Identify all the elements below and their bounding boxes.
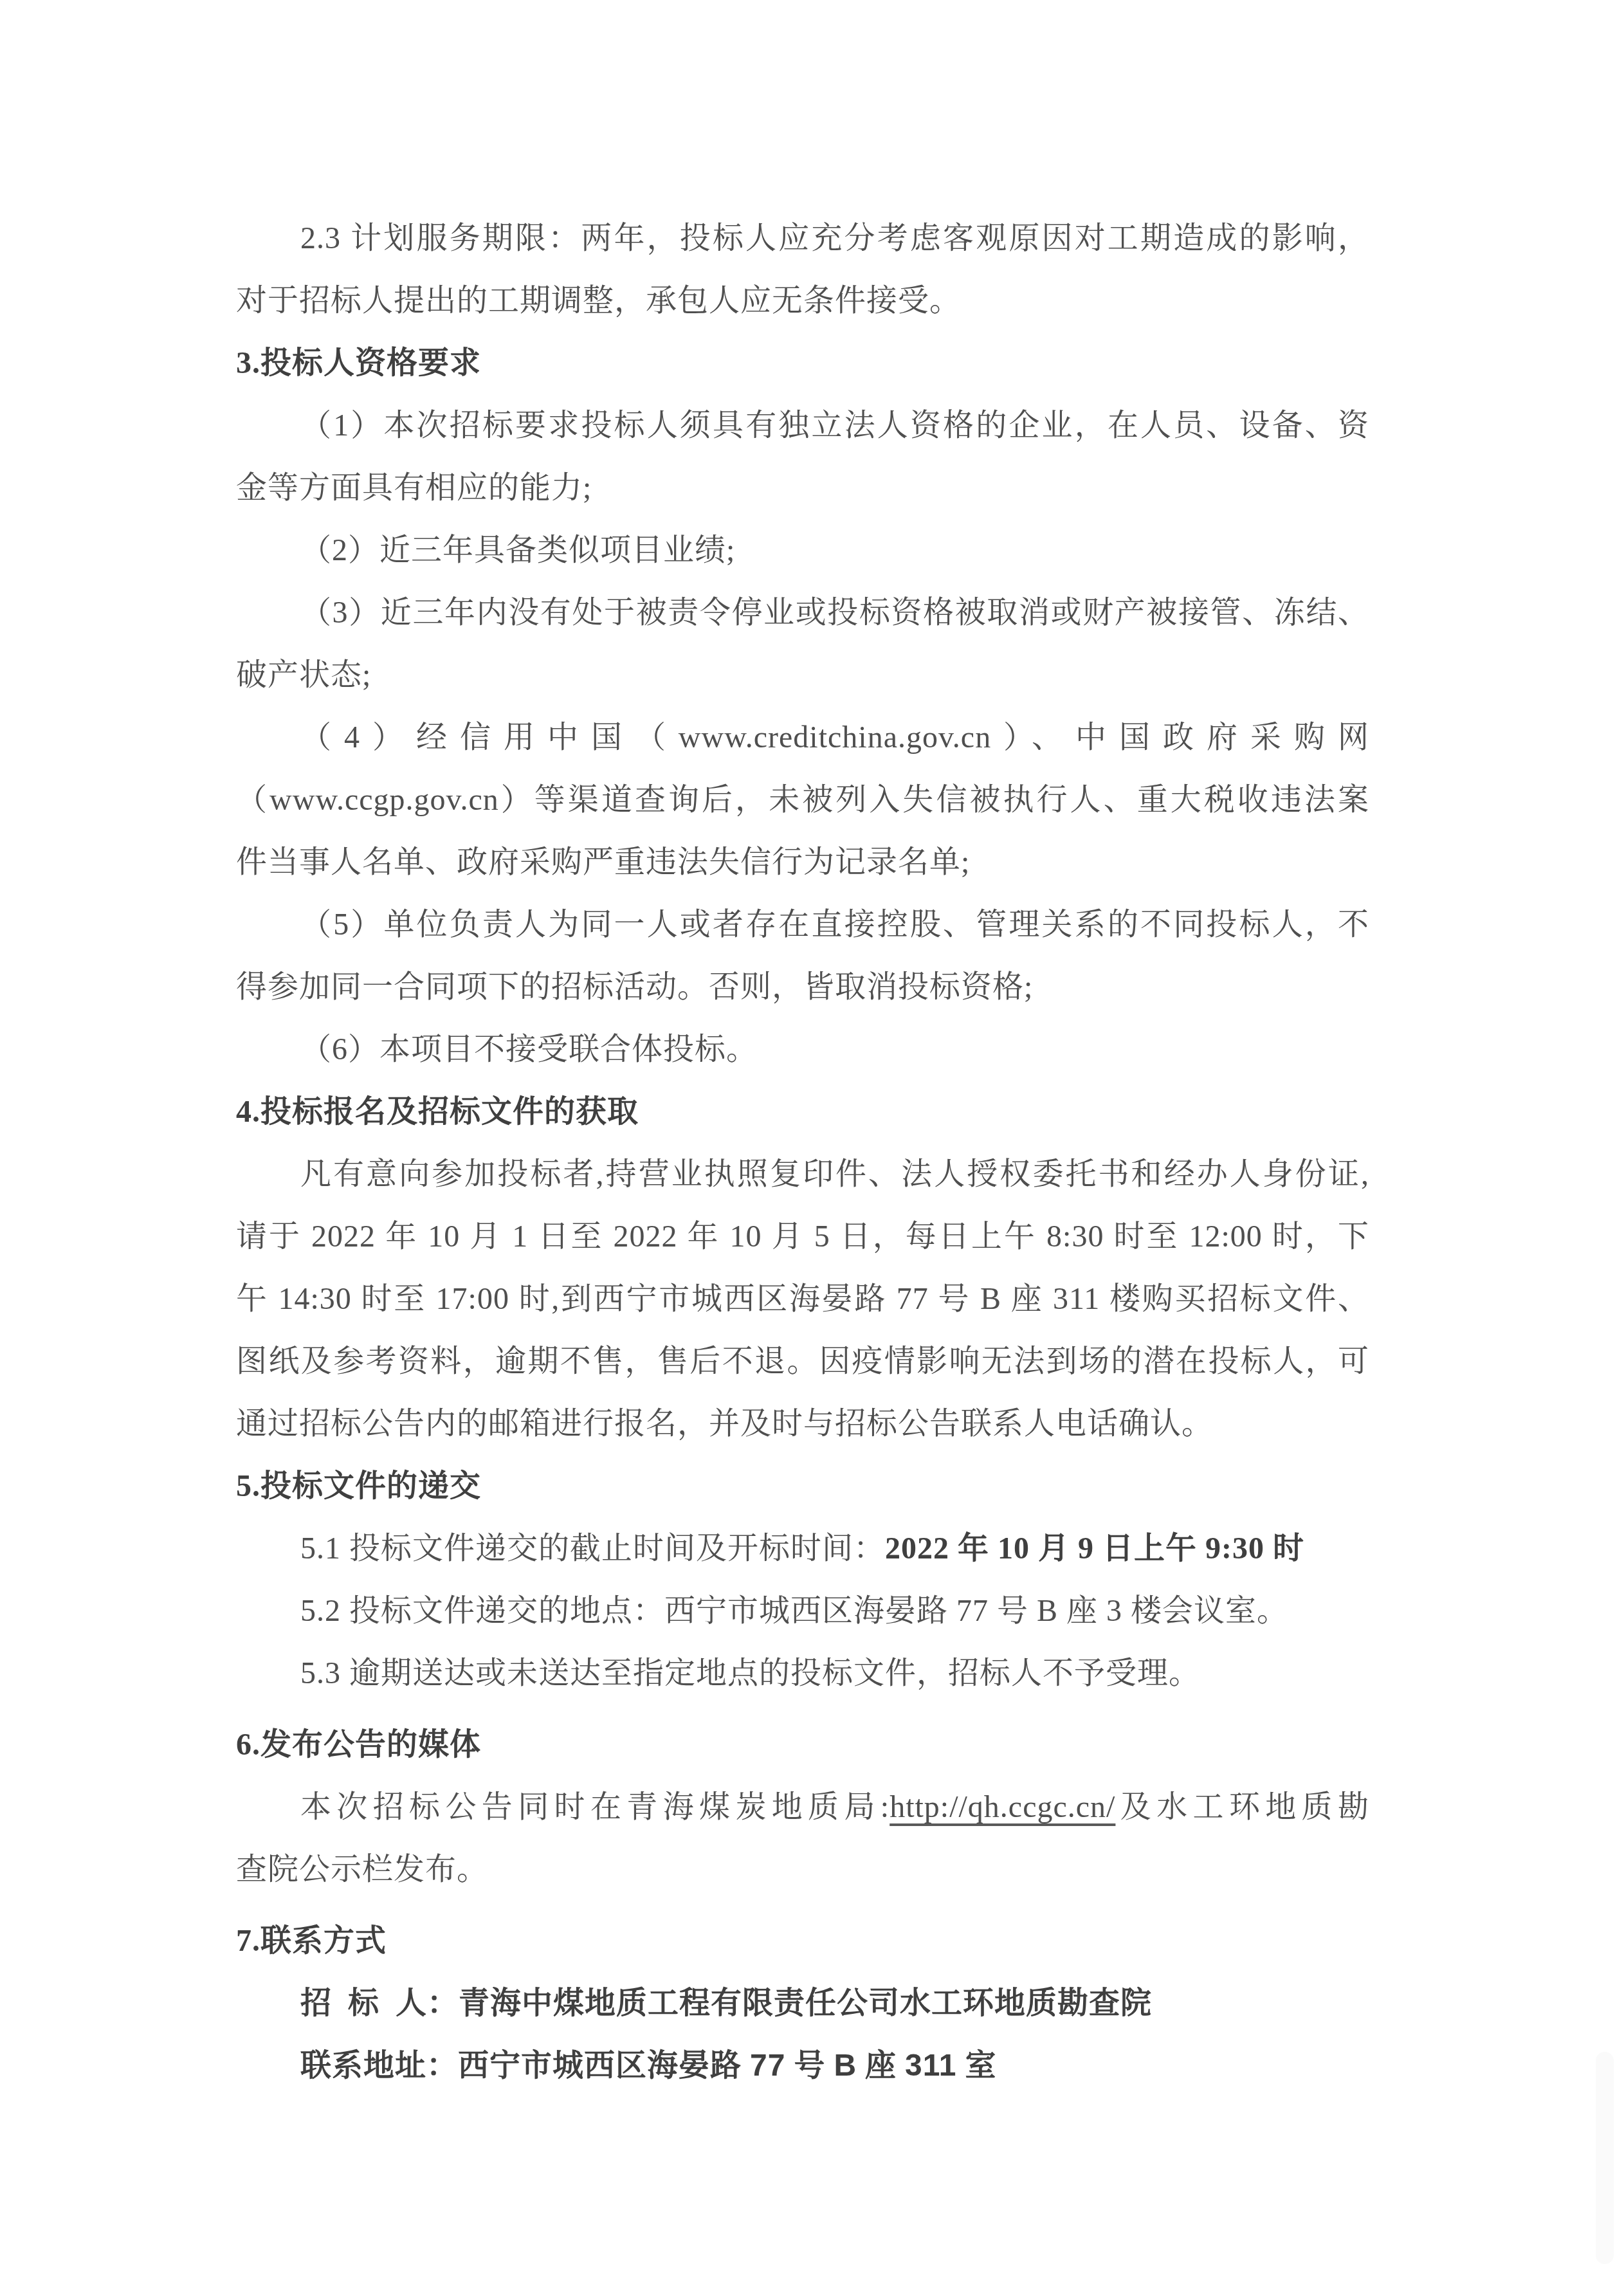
text-segment: 4.投标报名及招标文件的获取 — [236, 1095, 639, 1129]
text-line: 本次招标公告同时在青海煤炭地质局:http://qh.ccgc.cn/及水工环地… — [236, 1776, 1369, 1838]
text-segment: 6.发布公告的媒体 — [236, 1728, 481, 1762]
text-segment: 及水工环地质勘 — [1115, 1790, 1369, 1824]
text-segment: 破产状态; — [236, 658, 371, 692]
text-segment: 通过招标公告内的邮箱进行报名，并及时与招标公告联系人电话确认。 — [236, 1407, 1213, 1441]
text-line: 午 14:30 时至 17:00 时,到西宁市城西区海晏路 77 号 B 座 3… — [236, 1268, 1369, 1330]
text-line: （www.ccgp.gov.cn）等渠道查询后，未被列入失信被执行人、重大税收违… — [236, 769, 1369, 831]
scan-smudge — [1596, 2052, 1614, 2264]
text-segment: 5.3 逾期送达或未送达至指定地点的投标文件，招标人不予受理。 — [300, 1656, 1200, 1690]
text-segment: 得参加同一合同项下的招标活动。否则，皆取消投标资格; — [236, 970, 1033, 1004]
text-segment: （2）近三年具备类似项目业绩; — [300, 533, 735, 567]
url-text: http://qh.ccgc.cn/ — [890, 1790, 1115, 1824]
text-line: 凡有意向参加投标者,持营业执照复印件、法人授权委托书和经办人身份证, — [236, 1143, 1369, 1205]
text-segment: 招 标 人：青海中煤地质工程有限责任公司水工环地质勘查院 — [300, 1986, 1152, 2020]
text-line: 招 标 人：青海中煤地质工程有限责任公司水工环地质勘查院 — [236, 1972, 1369, 2034]
text-segment: 311 — [905, 2049, 956, 2083]
text-segment: （6）本项目不接受联合体投标。 — [300, 1032, 758, 1066]
text-segment: 请于 2022 年 10 月 1 日至 2022 年 10 月 5 日，每日上午… — [236, 1220, 1369, 1254]
text-segment: 3.投标人资格要求 — [236, 346, 481, 380]
text-segment: 对于招标人提出的工期调整，承包人应无条件接受。 — [236, 284, 961, 318]
section-heading: 4.投标报名及招标文件的获取 — [236, 1081, 1369, 1143]
text-segment: B — [834, 2049, 857, 2083]
text-segment: 查院公示栏发布。 — [236, 1852, 488, 1887]
text-line: （4）经信用中国（www.creditchina.gov.cn）、中国政府采购网 — [236, 706, 1369, 769]
text-segment: 联系地址：西宁市城西区海晏路 — [300, 2049, 750, 2083]
text-segment: 7.联系方式 — [236, 1924, 387, 1958]
text-segment: 图纸及参考资料，逾期不售，售后不退。因疫情影响无法到场的潜在投标人，可 — [236, 1344, 1369, 1378]
text-line: （1）本次招标要求投标人须具有独立法人资格的企业，在人员、设备、资 — [236, 394, 1369, 457]
text-line: 件当事人名单、政府采购严重违法失信行为记录名单; — [236, 831, 1369, 893]
text-segment: 凡有意向参加投标者,持营业执照复印件、法人授权委托书和经办人身份证, — [300, 1157, 1369, 1191]
text-segment: （3）近三年内没有处于被责令停业或投标资格被取消或财产被接管、冻结、 — [300, 596, 1369, 630]
text-segment: 座 — [857, 2049, 905, 2083]
text-segment: 本次招标公告同时在青海煤炭地质局: — [300, 1790, 890, 1824]
text-line: 通过招标公告内的邮箱进行报名，并及时与招标公告联系人电话确认。 — [236, 1393, 1369, 1455]
section-heading: 7.联系方式 — [236, 1910, 1369, 1972]
text-line: 破产状态; — [236, 644, 1369, 706]
text-segment: 5.1 投标文件递交的截止时间及开标时间： — [300, 1531, 885, 1566]
text-segment: 号 — [785, 2049, 834, 2083]
text-line: 对于招标人提出的工期调整，承包人应无条件接受。 — [236, 270, 1369, 332]
text-segment: 室 — [957, 2049, 997, 2083]
text-segment: （1）本次招标要求投标人须具有独立法人资格的企业，在人员、设备、资 — [300, 408, 1369, 443]
text-segment: 5.2 投标文件递交的地点：西宁市城西区海晏路 77 号 B 座 3 楼会议室。 — [300, 1594, 1288, 1628]
text-line: 联系地址：西宁市城西区海晏路 77 号 B 座 311 室 — [236, 2034, 1369, 2097]
text-line: （5）单位负责人为同一人或者存在直接控股、管理关系的不同投标人，不 — [236, 893, 1369, 956]
text-segment: （www.ccgp.gov.cn）等渠道查询后，未被列入失信被执行人、重大税收违… — [236, 783, 1369, 817]
text-line: 图纸及参考资料，逾期不售，售后不退。因疫情影响无法到场的潜在投标人，可 — [236, 1330, 1369, 1393]
text-segment: （4）经信用中国（www.creditchina.gov.cn）、中国政府采购网 — [300, 720, 1369, 754]
text-line: 金等方面具有相应的能力; — [236, 457, 1369, 519]
section-heading: 3.投标人资格要求 — [236, 332, 1369, 394]
document-content: 2.3 计划服务期限：两年，投标人应充分考虑客观原因对工期造成的影响，对于招标人… — [236, 207, 1369, 2097]
text-segment: 77 — [750, 2049, 785, 2083]
text-line: 5.3 逾期送达或未送达至指定地点的投标文件，招标人不予受理。 — [236, 1642, 1369, 1704]
text-segment: 5.投标文件的递交 — [236, 1469, 481, 1503]
text-line: （3）近三年内没有处于被责令停业或投标资格被取消或财产被接管、冻结、 — [236, 581, 1369, 644]
text-segment: 金等方面具有相应的能力; — [236, 471, 592, 505]
text-line: 5.1 投标文件递交的截止时间及开标时间：2022 年 10 月 9 日上午 9… — [236, 1517, 1369, 1580]
text-line: 得参加同一合同项下的招标活动。否则，皆取消投标资格; — [236, 956, 1369, 1018]
text-line: 2.3 计划服务期限：两年，投标人应充分考虑客观原因对工期造成的影响， — [236, 207, 1369, 270]
text-line: 查院公示栏发布。 — [236, 1838, 1369, 1901]
section-heading: 5.投标文件的递交 — [236, 1455, 1369, 1517]
text-segment: 2022 年 10 月 9 日上午 9:30 时 — [885, 1531, 1304, 1566]
text-line: （6）本项目不接受联合体投标。 — [236, 1018, 1369, 1081]
text-segment: 2.3 计划服务期限：两年，投标人应充分考虑客观原因对工期造成的影响， — [300, 221, 1369, 255]
text-segment: （5）单位负责人为同一人或者存在直接控股、管理关系的不同投标人，不 — [300, 908, 1369, 942]
document-page: 2.3 计划服务期限：两年，投标人应充分考虑客观原因对工期造成的影响，对于招标人… — [0, 0, 1624, 2275]
text-segment: 午 14:30 时至 17:00 时,到西宁市城西区海晏路 77 号 B 座 3… — [236, 1282, 1369, 1316]
section-heading: 6.发布公告的媒体 — [236, 1713, 1369, 1776]
text-line: 请于 2022 年 10 月 1 日至 2022 年 10 月 5 日，每日上午… — [236, 1205, 1369, 1268]
text-line: 5.2 投标文件递交的地点：西宁市城西区海晏路 77 号 B 座 3 楼会议室。 — [236, 1580, 1369, 1642]
text-line: （2）近三年具备类似项目业绩; — [236, 519, 1369, 581]
text-segment: 件当事人名单、政府采购严重违法失信行为记录名单; — [236, 845, 970, 879]
